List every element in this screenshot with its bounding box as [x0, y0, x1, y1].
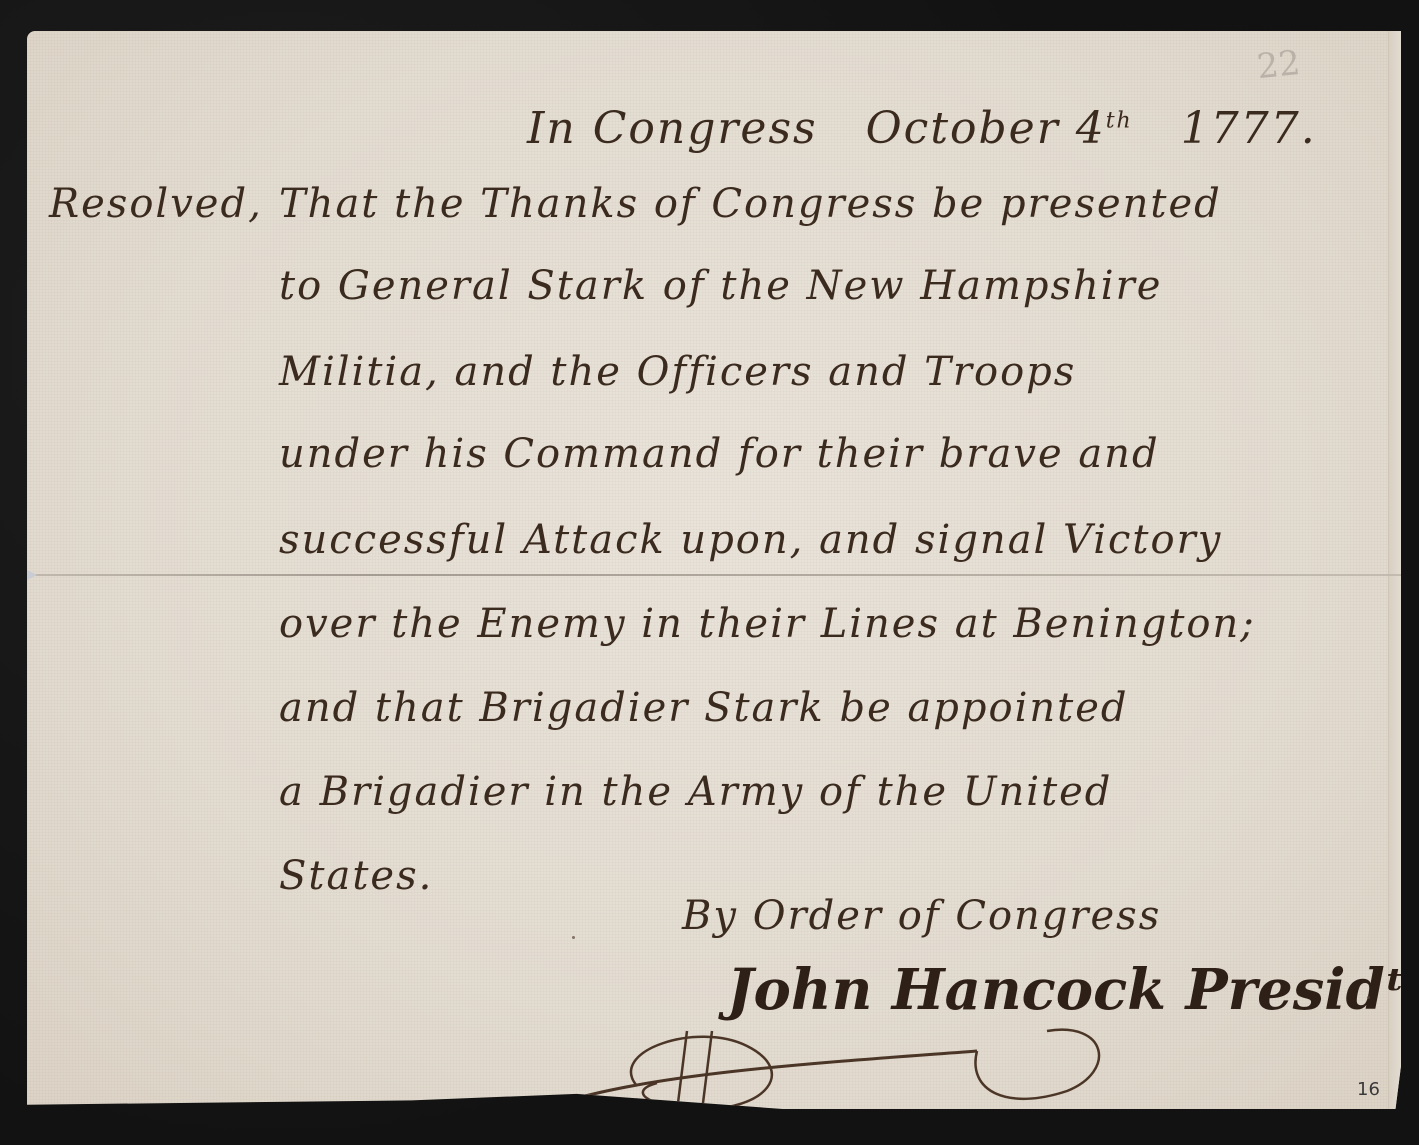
ink-speck	[572, 936, 575, 939]
body-line: That the Thanks of Congress be presented	[279, 181, 1222, 227]
ink-speck	[1367, 996, 1370, 999]
mounting-strip	[1388, 31, 1401, 1109]
body-line: successful Attack upon, and signal Victo…	[279, 517, 1222, 563]
document-heading: In Congress October 4th 1777.	[527, 103, 1317, 154]
body-line: a Brigadier in the Army of the United	[279, 769, 1112, 815]
scan-backdrop: 22 In Congress October 4th 1777. Resolve…	[0, 0, 1419, 1145]
folio-number: 16	[1357, 1079, 1380, 1100]
pencil-annotation: 22	[1255, 43, 1302, 87]
heading-date-suffix: th	[1106, 108, 1133, 133]
body-line: to General Stark of the New Hampshire	[279, 263, 1162, 309]
body-line: under his Command for their brave and	[279, 431, 1160, 477]
closing-line: By Order of Congress	[682, 893, 1161, 939]
heading-year: 1777.	[1181, 103, 1317, 154]
body-line: Militia, and the Officers and Troops	[279, 349, 1076, 395]
heading-place: In Congress	[527, 103, 818, 154]
resolved-label: Resolved,	[49, 181, 263, 227]
signature-flourish-icon	[547, 991, 1147, 1131]
document-sheet: 22 In Congress October 4th 1777. Resolve…	[27, 31, 1401, 1109]
body-line: States.	[279, 853, 433, 899]
fold-crease	[27, 574, 1401, 576]
body-line: over the Enemy in their Lines at Beningt…	[279, 601, 1256, 647]
body-line: and that Brigadier Stark be appointed	[279, 685, 1129, 731]
fold-tear-notch	[25, 569, 37, 581]
heading-date: October 4	[866, 103, 1106, 154]
